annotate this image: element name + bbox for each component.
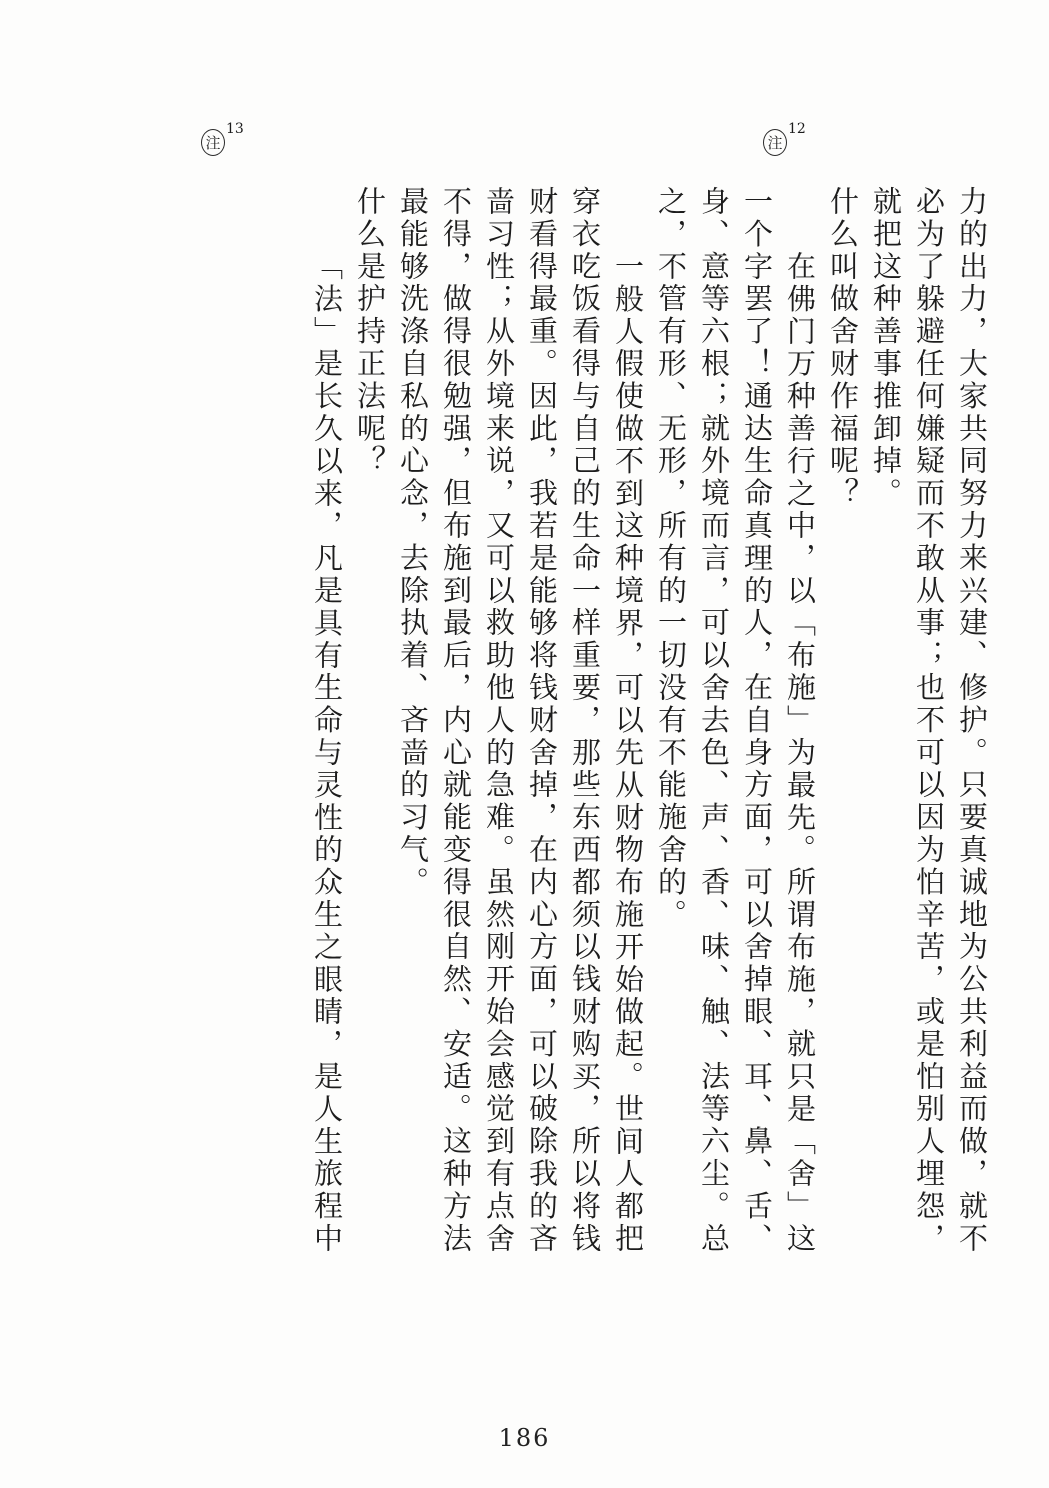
paragraph: 一般人假使做不到这种境界，可以先从财物布施开始做起。世间人都把穿衣吃饭看得与自己…: [391, 186, 649, 1271]
footnote-marker-12: 注12: [763, 122, 806, 156]
book-page: 注12 注13 力的出力，大家共同努力来兴建、修护。只要真诚地为公共利益而做，就…: [0, 0, 1049, 1488]
note-circle-icon: 注: [201, 129, 225, 156]
footnote-number-13: 13: [226, 122, 244, 136]
paragraph: 在佛门万种善行之中，以「布施」为最先。所谓布施，就只是「舍」这一个字罢了！通达生…: [649, 186, 821, 1271]
section-heading-uphold-dharma: 什么是护持正法呢？: [348, 186, 391, 1271]
paragraph-continuation: 力的出力，大家共同努力来兴建、修护。只要真诚地为公共利益而做，就不必为了躲避任何…: [864, 186, 993, 1271]
note-circle-icon: 注: [763, 129, 787, 156]
section-heading-give-wealth: 什么叫做舍财作福呢？: [821, 186, 864, 1271]
page-number: 186: [0, 1424, 1049, 1452]
footnote-marker-13: 注13: [201, 122, 244, 156]
footnote-number-12: 12: [788, 122, 806, 136]
paragraph: 「法」是长久以来，凡是具有生命与灵性的众生之眼睛，是人生旅程中: [305, 186, 348, 1271]
page-text: 力的出力，大家共同努力来兴建、修护。只要真诚地为公共利益而做，就不必为了躲避任何…: [305, 186, 993, 1271]
